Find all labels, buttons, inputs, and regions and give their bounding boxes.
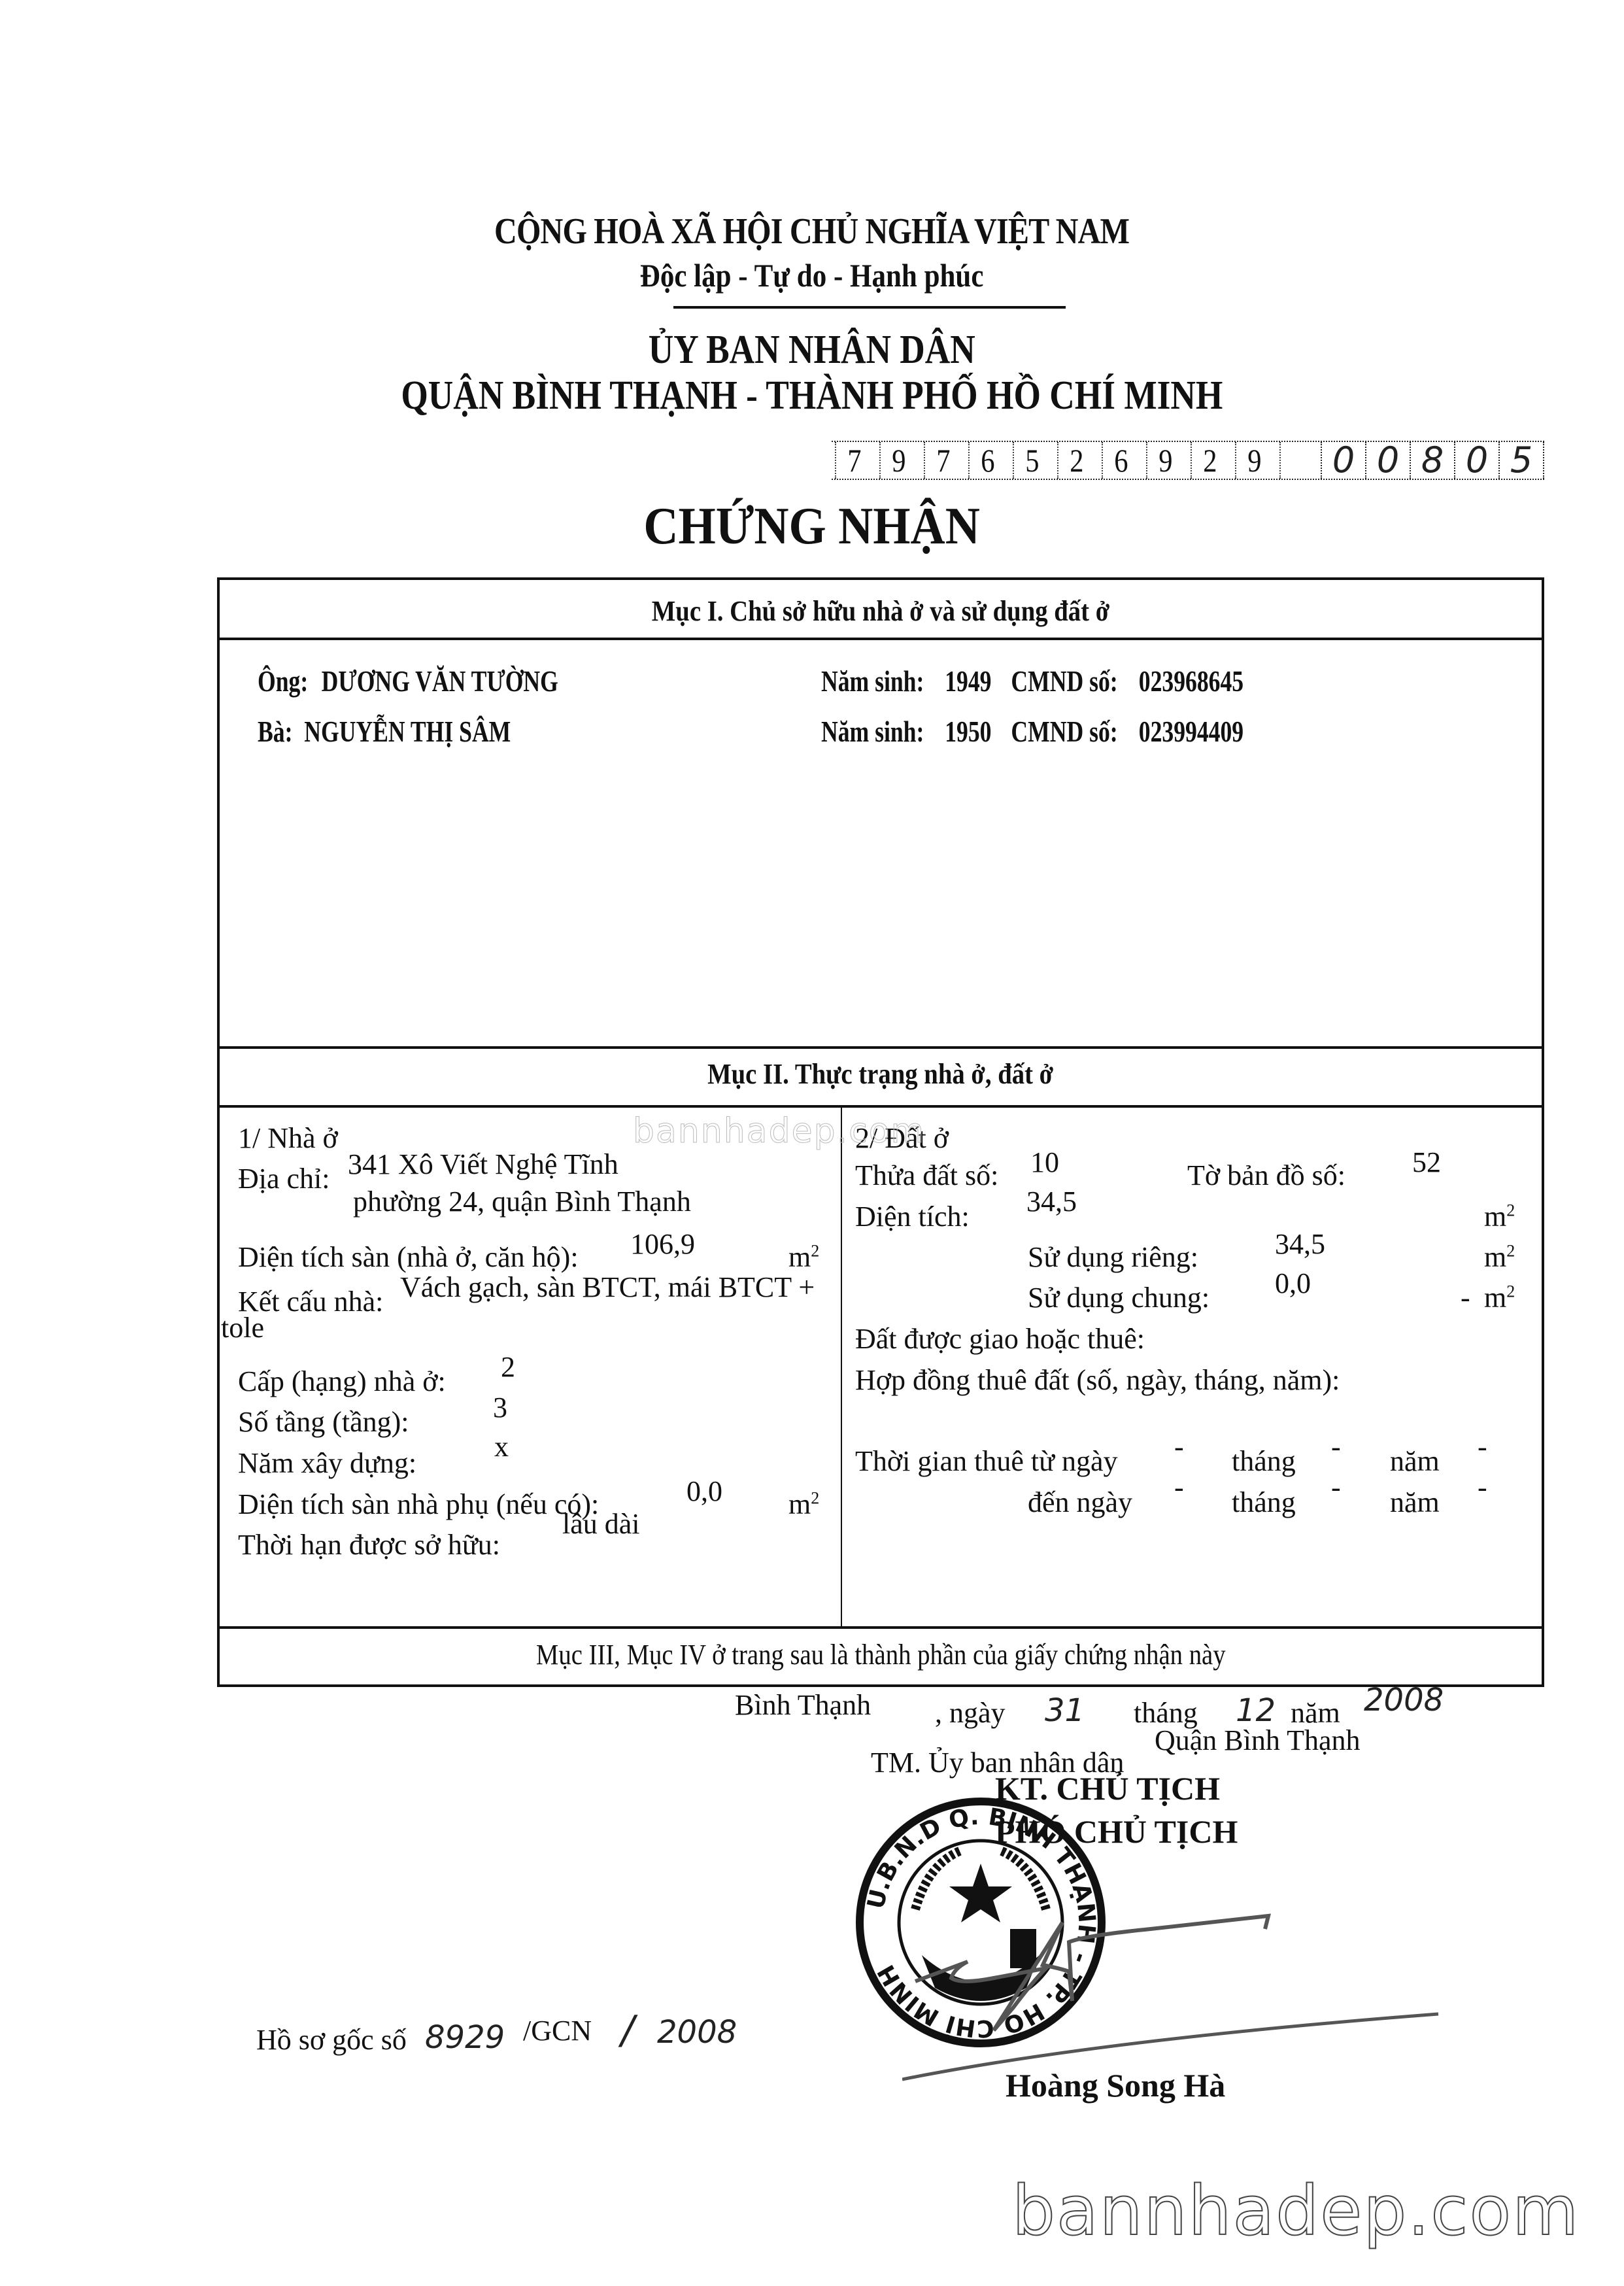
plot-label: Thửa đất số:: [855, 1159, 998, 1192]
serial-digit: 2: [1057, 442, 1095, 479]
divider: [220, 1046, 1542, 1049]
column-divider: [841, 1106, 842, 1628]
serial-number-boxes: 797652692900805: [832, 441, 1544, 480]
shared-use-label: Sử dụng chung:: [1028, 1281, 1210, 1314]
private-use-label: Sử dụng riêng:: [1028, 1240, 1198, 1274]
motto-underline: [673, 306, 1066, 309]
lease-from-month: -: [1331, 1430, 1341, 1463]
map-sheet-value: 52: [1412, 1146, 1441, 1179]
plot-value: 10: [1030, 1146, 1059, 1179]
signer-name: Hoàng Song Hà: [1006, 2066, 1225, 2104]
lease-from-label: Thời gian thuê từ ngày: [855, 1444, 1117, 1478]
year-built-label: Năm xây dựng:: [238, 1446, 416, 1480]
serial-handwritten-digit: 5: [1498, 442, 1544, 479]
serial-digit: 9: [879, 442, 917, 479]
record-type: /GCN: [523, 2014, 592, 2047]
land-area-label: Diện tích:: [855, 1200, 970, 1233]
lease-to-month: -: [1331, 1471, 1341, 1504]
serial-digit: 9: [1146, 442, 1184, 479]
day-label: , ngày: [935, 1696, 1006, 1730]
ownership-term-value: lâu dài: [562, 1507, 640, 1541]
owner-1-name: Ông: DƯƠNG VĂN TƯỜNG: [258, 664, 636, 698]
lease-from-year-label: năm: [1390, 1444, 1440, 1478]
ownership-term-label: Thời hạn được sở hữu:: [238, 1528, 500, 1561]
lease-to-year: -: [1478, 1471, 1487, 1504]
lease-from-day: -: [1174, 1430, 1184, 1463]
shared-use-value: 0,0: [1275, 1267, 1311, 1300]
land-area-unit: m2: [1484, 1200, 1515, 1233]
serial-digit: 6: [968, 442, 1006, 479]
serial-handwritten-digit: 0: [1321, 442, 1365, 479]
district-heading: QUẬN BÌNH THẠNH - THÀNH PHỐ HỒ CHÍ MINH: [0, 373, 1624, 419]
serial-handwritten-digit: 0: [1365, 442, 1410, 479]
shared-use-dash: -: [1461, 1281, 1470, 1314]
place: Bình Thạnh: [735, 1688, 871, 1722]
divider: [220, 1105, 1542, 1108]
serial-handwritten-digit: 8: [1410, 442, 1454, 479]
serial-digit: 6: [1102, 442, 1140, 479]
record-year: 2008: [657, 2014, 737, 2051]
lease-to-day: -: [1174, 1471, 1184, 1504]
record-label: Hồ sơ gốc số: [256, 2023, 407, 2056]
address-line2: phường 24, quận Bình Thạnh: [353, 1185, 691, 1218]
floor-area-unit: m2: [788, 1240, 819, 1274]
record-sep: /: [621, 2007, 634, 2053]
owner-2-name: Bà: NGUYỄN THỊ SÂM: [258, 714, 577, 749]
divider: [220, 1626, 1542, 1629]
authority-heading: ỦY BAN NHÂN DÂN: [0, 327, 1624, 373]
lease-contract-label: Hợp đồng thuê đất (số, ngày, tháng, năm)…: [855, 1363, 1340, 1397]
on-behalf-district: Quận Bình Thạnh: [1155, 1724, 1361, 1757]
aux-area-value: 0,0: [686, 1475, 722, 1508]
section2-title: Mục II. Thực trạng nhà ở, đất ở: [220, 1057, 1542, 1091]
section1-title: Mục I. Chủ sở hữu nhà ở và sử dụng đất ở: [220, 594, 1542, 628]
serial-digit: [1279, 442, 1317, 479]
private-use-value: 34,5: [1275, 1227, 1325, 1261]
country-heading: CỘNG HOÀ XÃ HỘI CHỦ NGHĨA VIỆT NAM: [0, 211, 1624, 252]
serial-digit: 2: [1191, 442, 1228, 479]
day-value: 31: [1045, 1692, 1085, 1729]
grade-value: 2: [501, 1350, 515, 1384]
lease-to-year-label: năm: [1390, 1486, 1440, 1519]
floors-label: Số tầng (tầng):: [238, 1405, 409, 1439]
land-area-value: 34,5: [1026, 1185, 1077, 1218]
structure-value-cont: tole: [221, 1311, 264, 1344]
lease-from-year: -: [1478, 1430, 1487, 1463]
motto: Độc lập - Tự do - Hạnh phúc: [0, 256, 1624, 294]
map-sheet-label: Tờ bản đồ số:: [1187, 1159, 1345, 1192]
aux-area-unit: m2: [788, 1488, 819, 1521]
grade-label: Cấp (hạng) nhà ở:: [238, 1365, 446, 1398]
record-number: 8929: [425, 2019, 505, 2056]
certificate-title: CHỨNG NHẬN: [0, 497, 1624, 556]
lease-from-month-label: tháng: [1232, 1444, 1296, 1478]
watermark: bannhadep.com: [1012, 2171, 1580, 2251]
private-use-unit: m2: [1484, 1240, 1515, 1274]
shared-use-unit: m2: [1484, 1281, 1515, 1314]
lease-to-month-label: tháng: [1232, 1486, 1296, 1519]
floors-value: 3: [493, 1391, 507, 1424]
house-heading: 1/ Nhà ở: [238, 1121, 338, 1155]
aux-area-label: Diện tích sàn nhà phụ (nếu có):: [238, 1488, 599, 1521]
structure-value: Vách gạch, sàn BTCT, mái BTCT +: [400, 1271, 815, 1304]
serial-digit: 9: [1235, 442, 1273, 479]
year-value: 2008: [1364, 1682, 1444, 1718]
serial-digit: 7: [835, 442, 873, 479]
year-built-value: x: [494, 1430, 509, 1463]
floor-area-value: 106,9: [630, 1227, 695, 1261]
address-line1: 341 Xô Viết Nghệ Tĩnh: [348, 1148, 618, 1181]
owner-2-details: Năm sinh: 1950 CMND số: 023994409: [821, 714, 1317, 749]
allocation-label: Đất được giao hoặc thuê:: [855, 1322, 1145, 1356]
floor-area-label: Diện tích sàn (nhà ở, căn hộ):: [238, 1240, 579, 1274]
watermark-faint: bannhadep.com: [633, 1112, 925, 1151]
section3-note: Mục III, Mục IV ở trang sau là thành phầ…: [220, 1638, 1542, 1671]
lease-to-label: đến ngày: [1028, 1486, 1132, 1519]
address-label: Địa chỉ:: [238, 1162, 330, 1195]
serial-digit: 7: [924, 442, 962, 479]
owner-1-details: Năm sinh: 1949 CMND số: 023968645: [821, 664, 1317, 698]
serial-digit: 5: [1013, 442, 1051, 479]
serial-handwritten-digit: 0: [1454, 442, 1498, 479]
divider: [220, 638, 1542, 640]
